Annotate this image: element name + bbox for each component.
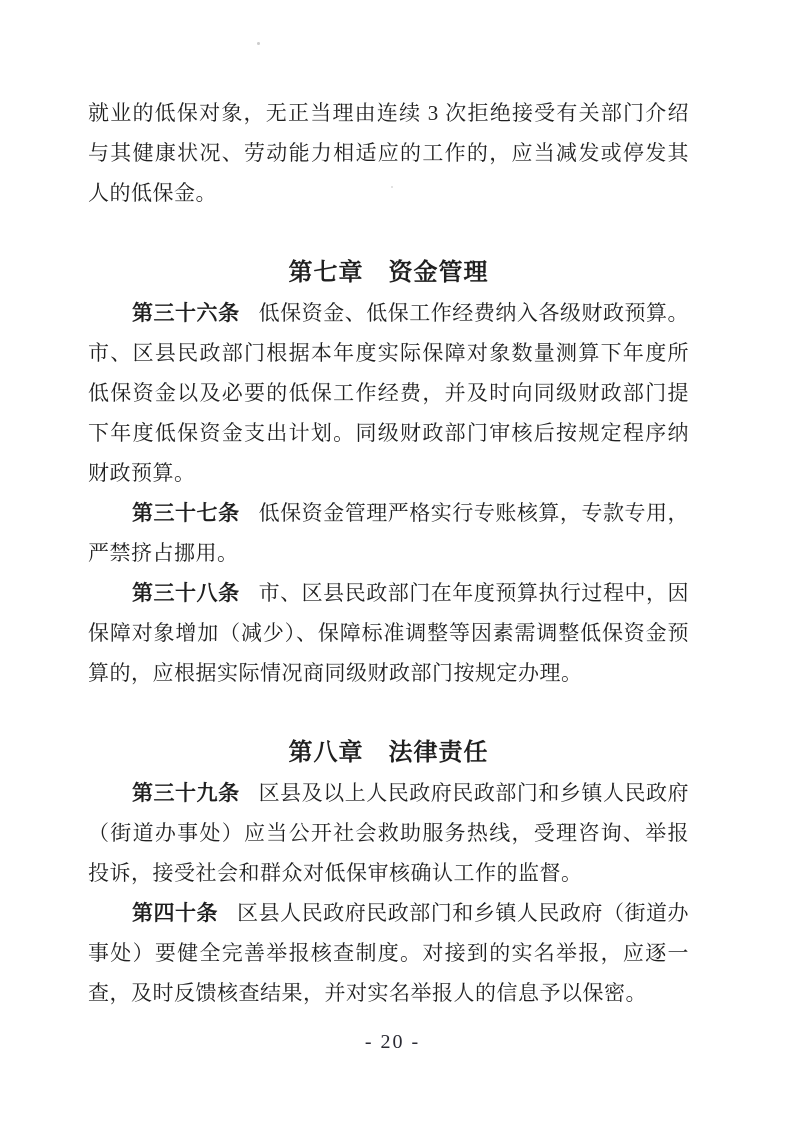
article-38-line-2: 保障对象增加（减少）、保障标准调整等因素需调整低保资金预	[88, 613, 689, 653]
article-38-line-3: 算的，应根据实际情况商同级财政部门按规定办理。	[88, 653, 689, 693]
scan-speck	[257, 42, 260, 45]
article-39-first-text: 区县及以上人民政府民政部门和乡镇人民政府	[259, 781, 689, 805]
article-39-line-1: 第三十九条区县及以上人民政府民政部门和乡镇人民政府	[88, 773, 689, 813]
article-37-first-text: 低保资金管理严格实行专账核算，专款专用，	[259, 501, 689, 525]
article-40-paragraph: 第四十条区县人民政府民政部门和乡镇人民政府（街道办 事处）要健全完善举报核查制度…	[88, 893, 689, 1013]
chapter-8-heading: 第八章 法律责任	[88, 733, 689, 773]
article-39-number: 第三十九条	[132, 782, 240, 805]
article-36-line-4: 下年度低保资金支出计划。同级财政部门审核后按规定程序纳入	[88, 413, 689, 453]
article-36-paragraph: 第三十六条低保资金、低保工作经费纳入各级财政预算。 市、区县民政部门根据本年度实…	[88, 293, 689, 493]
article-38-first-text: 市、区县民政部门在年度预算执行过程中，因	[259, 581, 689, 605]
article-36-line-1: 第三十六条低保资金、低保工作经费纳入各级财政预算。	[88, 293, 689, 333]
article-36-line-5: 财政预算。	[88, 453, 689, 493]
article-39-paragraph: 第三十九条区县及以上人民政府民政部门和乡镇人民政府 （街道办事处）应当公开社会救…	[88, 773, 689, 893]
article-36-number: 第三十六条	[132, 302, 240, 325]
intro-paragraph: 就业的低保对象，无正当理由连续 3 次拒绝接受有关部门介绍的 与其健康状况、劳动…	[88, 93, 689, 213]
article-39-line-2: （街道办事处）应当公开社会救助服务热线，受理咨询、举报和	[88, 813, 689, 853]
intro-line-2: 与其健康状况、劳动能力相适应的工作的，应当减发或停发其本	[88, 133, 689, 173]
article-37-number: 第三十七条	[132, 502, 240, 525]
article-40-line-2: 事处）要健全完善举报核查制度。对接到的实名举报，应逐一核	[88, 933, 689, 973]
article-36-first-text: 低保资金、低保工作经费纳入各级财政预算。	[259, 301, 689, 325]
chapter-7-heading: 第七章 资金管理	[88, 253, 689, 293]
article-39-line-3: 投诉，接受社会和群众对低保审核确认工作的监督。	[88, 853, 689, 893]
article-38-paragraph: 第三十八条市、区县民政部门在年度预算执行过程中，因 保障对象增加（减少）、保障标…	[88, 573, 689, 693]
intro-line-1: 就业的低保对象，无正当理由连续 3 次拒绝接受有关部门介绍的	[88, 93, 689, 133]
article-36-line-2: 市、区县民政部门根据本年度实际保障对象数量测算下年度所需	[88, 333, 689, 373]
article-37-paragraph: 第三十七条低保资金管理严格实行专账核算，专款专用， 严禁挤占挪用。	[88, 493, 689, 573]
article-36-line-3: 低保资金以及必要的低保工作经费，并及时向同级财政部门提出	[88, 373, 689, 413]
document-text-block: 就业的低保对象，无正当理由连续 3 次拒绝接受有关部门介绍的 与其健康状况、劳动…	[88, 93, 689, 1013]
article-38-line-1: 第三十八条市、区县民政部门在年度预算执行过程中，因	[88, 573, 689, 613]
article-37-line-2: 严禁挤占挪用。	[88, 533, 689, 573]
page-number: - 20 -	[0, 1031, 785, 1054]
intro-line-3: 人的低保金。	[88, 173, 689, 213]
article-38-number: 第三十八条	[132, 582, 240, 605]
article-37-line-1: 第三十七条低保资金管理严格实行专账核算，专款专用，	[88, 493, 689, 533]
article-40-line-3: 查，及时反馈核查结果，并对实名举报人的信息予以保密。	[88, 973, 689, 1013]
document-page: 就业的低保对象，无正当理由连续 3 次拒绝接受有关部门介绍的 与其健康状况、劳动…	[0, 0, 785, 1122]
article-40-first-text: 区县人民政府民政部门和乡镇人民政府（街道办	[237, 901, 689, 925]
article-40-number: 第四十条	[132, 902, 218, 925]
article-40-line-1: 第四十条区县人民政府民政部门和乡镇人民政府（街道办	[88, 893, 689, 933]
